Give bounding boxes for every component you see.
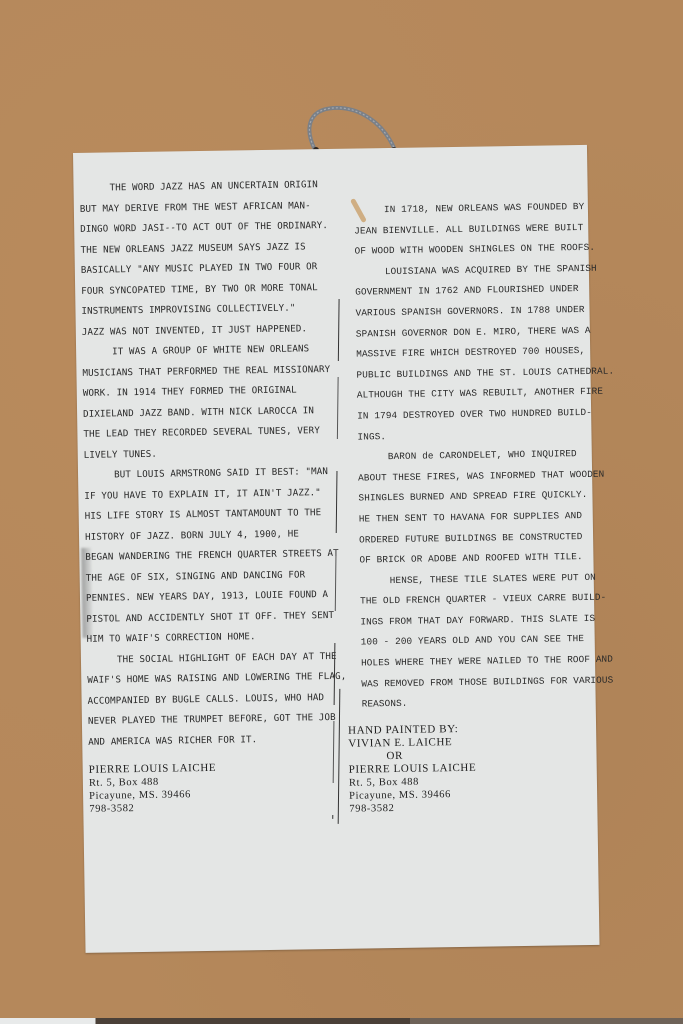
signature-name: PIERRE LOUIS LAICHE bbox=[89, 762, 217, 777]
signature-phone: 798-3582 bbox=[349, 801, 477, 816]
signature-heading: HAND PAINTED BY: bbox=[348, 723, 476, 738]
text-line: REASONS. bbox=[362, 691, 602, 715]
left-signature-block: PIERRE LOUIS LAICHE Rt. 5, Box 488 Picay… bbox=[89, 762, 217, 816]
column-divider-line-lower bbox=[338, 689, 341, 824]
signature-phone: 798-3582 bbox=[89, 801, 217, 816]
hanging-cord bbox=[303, 102, 403, 154]
right-signature-block: HAND PAINTED BY: VIVIAN E. LAICHE OR PIE… bbox=[348, 723, 477, 816]
text-line: PISTOL AND ACCIDENTLY SHOT IT OFF. THEY … bbox=[86, 606, 326, 630]
right-text-column: IN 1718, NEW ORLEANS WAS FOUNDED BYJEAN … bbox=[354, 197, 602, 716]
signature-name-2: PIERRE LOUIS LAICHE bbox=[349, 762, 477, 777]
text-line: IN 1794 DESTROYED OVER TWO HUNDRED BUILD… bbox=[357, 403, 597, 427]
left-text-column: THE WORD JAZZ HAS AN UNCERTAIN ORIGINBUT… bbox=[79, 175, 328, 753]
text-line: THE LEAD THEY RECORDED SEVERAL TUNES, VE… bbox=[83, 421, 323, 445]
text-line: NEVER PLAYED THE TRUMPET BEFORE, GOT THE… bbox=[88, 708, 328, 732]
frame-bottom-edge bbox=[0, 1018, 683, 1024]
text-line: WAS REMOVED FROM THOSE BUILDINGS FOR VAR… bbox=[361, 670, 601, 694]
text-line: AND AMERICA WAS RICHER FOR IT. bbox=[88, 729, 328, 753]
typed-paper-sheet: THE WORD JAZZ HAS AN UNCERTAIN ORIGINBUT… bbox=[73, 145, 600, 953]
